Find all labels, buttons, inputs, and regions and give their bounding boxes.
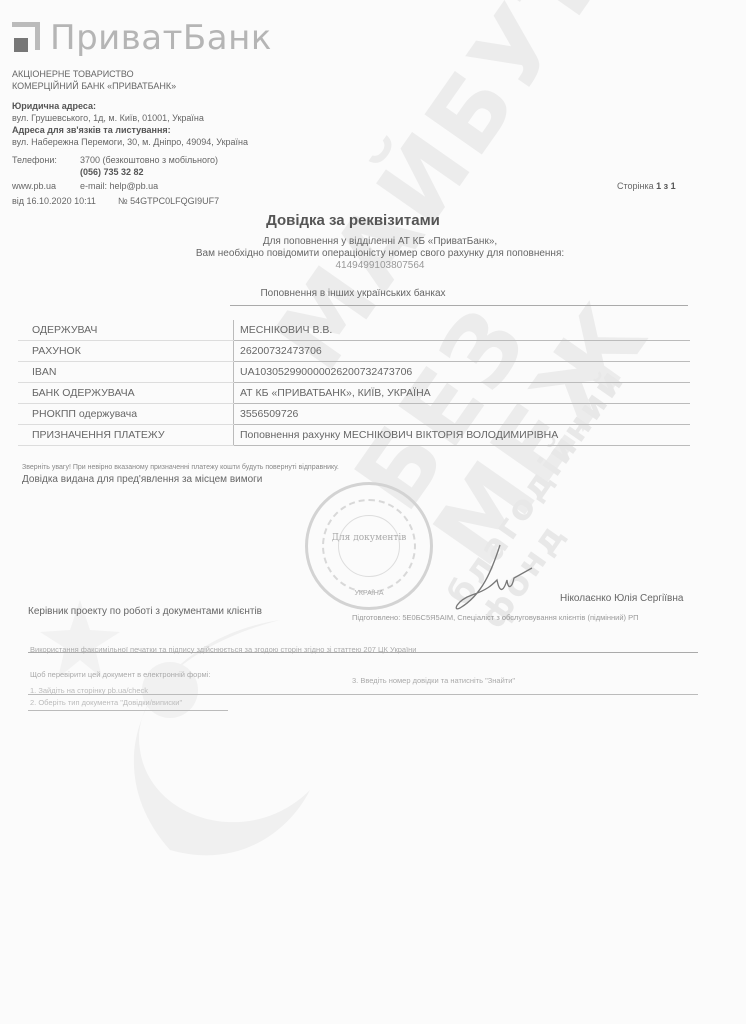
signatory-position: Керівник проекту по роботі з документами… (28, 606, 262, 617)
divider (230, 305, 688, 306)
phone-1: 3700 (безкоштовно з мобільного) (80, 154, 218, 166)
privatbank-logo-icon (12, 22, 44, 54)
company-line-2: КОМЕРЦІЙНИЙ БАНК «ПРИВАТБАНК» (12, 80, 176, 92)
table-row: РНОКПП одержувача3556509726 (18, 404, 690, 425)
intro-line-2: Вам необхідно повідомити операціоністу н… (40, 248, 720, 260)
requisite-label: РАХУНОК (18, 341, 234, 362)
website: www.pb.ua (12, 180, 56, 192)
page-value: 1 з 1 (656, 181, 676, 191)
privatbank-logo: ПриватБанк (12, 18, 272, 58)
phone-label: Телефони: (12, 154, 57, 166)
table-row: ПРИЗНАЧЕННЯ ПЛАТЕЖУПоповнення рахунку МЕ… (18, 425, 690, 446)
table-row: IBANUA103052990000026200732473706 (18, 362, 690, 383)
requisite-value: 3556509726 (234, 404, 691, 425)
phone-2: (056) 735 32 82 (80, 166, 144, 178)
document-number: № 54GTPC0LFQGI9UF7 (118, 195, 219, 207)
issue-date: від 16.10.2020 10:11 (12, 195, 96, 207)
signatory-name: Ніколаєнко Юлія Сергіївна (560, 593, 683, 604)
stamp-center-text: Для документів (308, 533, 430, 543)
title-block: Довідка за реквізитами (0, 212, 706, 229)
company-name: АКЦІОНЕРНЕ ТОВАРИСТВО КОМЕРЦІЙНИЙ БАНК «… (12, 68, 176, 92)
bank-stamp: Для документів УКРАЇНА (305, 482, 433, 610)
page-indicator: Сторінка 1 з 1 (617, 180, 676, 192)
table-row: ОДЕРЖУВАЧМЕСНІКОВИЧ В.В. (18, 320, 690, 341)
footer-divider-bottom (28, 710, 228, 711)
stamp-bottom-text: УКРАЇНА (308, 590, 430, 597)
requisite-label: РНОКПП одержувача (18, 404, 234, 425)
email: e-mail: help@pb.ua (80, 180, 158, 192)
issued-for-text: Довідка видана для пред'явлення за місце… (22, 474, 262, 485)
mail-address: вул. Набережна Перемоги, 30, м. Дніпро, … (12, 136, 248, 148)
section-heading: Поповнення в інших українських банках (0, 288, 706, 299)
requisite-value: 26200732473706 (234, 341, 691, 362)
intro-text: Для поповнення у відділенні АТ КБ «Прива… (40, 236, 720, 272)
addresses: Юридична адреса: вул. Грушевського, 1д, … (12, 100, 248, 148)
document-title: Довідка за реквізитами (0, 212, 706, 229)
requisite-value: Поповнення рахунку МЕСНІКОВИЧ ВІКТОРІЯ В… (234, 425, 691, 446)
table-row: БАНК ОДЕРЖУВАЧААТ КБ «ПРИВАТБАНК», КИЇВ,… (18, 383, 690, 404)
warning-text: Зверніть увагу! При невірно вказаному пр… (22, 464, 339, 471)
verify-intro: Щоб перевірити цей документ в електронні… (30, 670, 210, 679)
company-line-1: АКЦІОНЕРНЕ ТОВАРИСТВО (12, 68, 176, 80)
legal-note: Використання факсимільної печатки та під… (30, 645, 416, 654)
page-label: Сторінка (617, 181, 654, 191)
requisite-value: АТ КБ «ПРИВАТБАНК», КИЇВ, УКРАЇНА (234, 383, 691, 404)
verify-step-2: 2. Оберіть тип документа "Довідки/виписк… (30, 698, 182, 707)
legal-address: вул. Грушевського, 1д, м. Київ, 01001, У… (12, 112, 248, 124)
requisite-label: ОДЕРЖУВАЧ (18, 320, 234, 341)
footer-divider-mid (28, 694, 698, 695)
table-row: РАХУНОК26200732473706 (18, 341, 690, 362)
requisite-label: БАНК ОДЕРЖУВАЧА (18, 383, 234, 404)
brand-name: ПриватБанк (50, 18, 272, 58)
signature-icon (452, 540, 542, 615)
intro-line-1: Для поповнення у відділенні АТ КБ «Прива… (40, 236, 720, 248)
requisite-label: IBAN (18, 362, 234, 383)
requisites-table: ОДЕРЖУВАЧМЕСНІКОВИЧ В.В.РАХУНОК262007324… (18, 320, 690, 446)
mail-address-label: Адреса для зв'язків та листування: (12, 124, 248, 136)
executor-info: Підготовлено: 5Е0БС5Я5АІМ, Спеціаліст з … (352, 613, 639, 622)
legal-address-label: Юридична адреса: (12, 100, 248, 112)
requisite-value: МЕСНІКОВИЧ В.В. (234, 320, 691, 341)
account-number: 4149499103807564 (40, 260, 720, 272)
watermark-logo-icon (30, 600, 330, 880)
requisite-label: ПРИЗНАЧЕННЯ ПЛАТЕЖУ (18, 425, 234, 446)
verify-step-3: 3. Введіть номер довідки та натисніть "З… (352, 676, 515, 685)
requisite-value: UA103052990000026200732473706 (234, 362, 691, 383)
